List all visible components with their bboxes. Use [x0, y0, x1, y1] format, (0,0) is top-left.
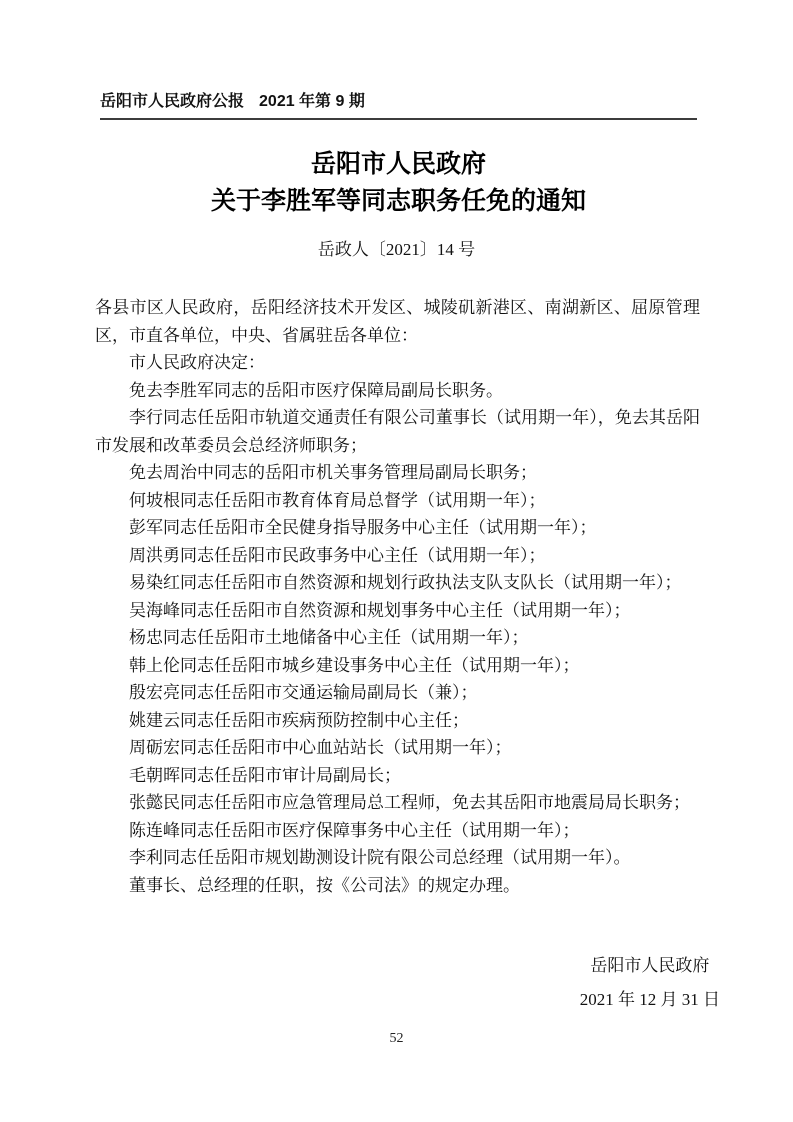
- body-paragraph: 毛朝晖同志任岳阳市审计局副局长；: [95, 762, 700, 790]
- document-title: 岳阳市人民政府 关于李胜军等同志职务任免的通知: [100, 146, 697, 220]
- body-paragraph: 殷宏亮同志任岳阳市交通运输局副局长（兼）；: [95, 679, 700, 707]
- body-paragraph: 韩上伦同志任岳阳市城乡建设事务中心主任（试用期一年）；: [95, 652, 700, 680]
- gazette-title: 岳阳市人民政府公报: [100, 93, 244, 110]
- body-paragraph: 易染红同志任岳阳市自然资源和规划行政执法支队支队长（试用期一年）；: [95, 569, 700, 597]
- body-paragraph: 周洪勇同志任岳阳市民政事务中心主任（试用期一年）；: [95, 542, 700, 570]
- body-paragraph: 何坡根同志任岳阳市教育体育局总督学（试用期一年）；: [95, 487, 700, 515]
- document-title-line2: 关于李胜军等同志职务任免的通知: [100, 183, 697, 220]
- body-paragraph: 杨忠同志任岳阳市土地储备中心主任（试用期一年）；: [95, 624, 700, 652]
- body-paragraph: 彭军同志任岳阳市全民健身指导服务中心主任（试用期一年）；: [95, 514, 700, 542]
- body-paragraph-addressee: 各县市区人民政府，岳阳经济技术开发区、城陵矶新港区、南湖新区、屈原管理区，市直各…: [95, 294, 700, 349]
- body-paragraph: 免去周治中同志的岳阳市机关事务管理局副局长职务；: [95, 459, 700, 487]
- document-title-line1: 岳阳市人民政府: [100, 146, 697, 183]
- gazette-page: 岳阳市人民政府公报2021 年第 9 期 岳阳市人民政府 关于李胜军等同志职务任…: [0, 0, 793, 1122]
- signature-issuer: 岳阳市人民政府: [580, 949, 720, 983]
- running-head: 岳阳市人民政府公报2021 年第 9 期: [100, 92, 697, 120]
- signature-date: 2021 年 12 月 31 日: [580, 983, 720, 1017]
- body-paragraph: 董事长、总经理的任职，按《公司法》的规定办理。: [95, 872, 700, 900]
- body-paragraph: 周砺宏同志任岳阳市中心血站站长（试用期一年）；: [95, 734, 700, 762]
- document-body: 各县市区人民政府，岳阳经济技术开发区、城陵矶新港区、南湖新区、屈原管理区，市直各…: [95, 294, 700, 899]
- body-paragraph: 张懿民同志任岳阳市应急管理局总工程师，免去其岳阳市地震局局长职务；: [95, 789, 700, 817]
- gazette-issue: 2021 年第 9 期: [259, 93, 365, 110]
- body-paragraph: 市人民政府决定：: [95, 349, 700, 377]
- body-paragraph: 吴海峰同志任岳阳市自然资源和规划事务中心主任（试用期一年）；: [95, 597, 700, 625]
- document-number: 岳政人〔2021〕14 号: [0, 238, 793, 262]
- body-paragraph: 李行同志任岳阳市轨道交通责任有限公司董事长（试用期一年），免去其岳阳市发展和改革…: [95, 404, 700, 459]
- body-paragraph: 姚建云同志任岳阳市疾病预防控制中心主任；: [95, 707, 700, 735]
- body-paragraph: 陈连峰同志任岳阳市医疗保障事务中心主任（试用期一年）；: [95, 817, 700, 845]
- body-paragraph: 李利同志任岳阳市规划勘测设计院有限公司总经理（试用期一年）。: [95, 844, 700, 872]
- page-number: 52: [0, 1031, 793, 1047]
- signature-block: 岳阳市人民政府 2021 年 12 月 31 日: [580, 949, 720, 1017]
- body-paragraph: 免去李胜军同志的岳阳市医疗保障局副局长职务。: [95, 377, 700, 405]
